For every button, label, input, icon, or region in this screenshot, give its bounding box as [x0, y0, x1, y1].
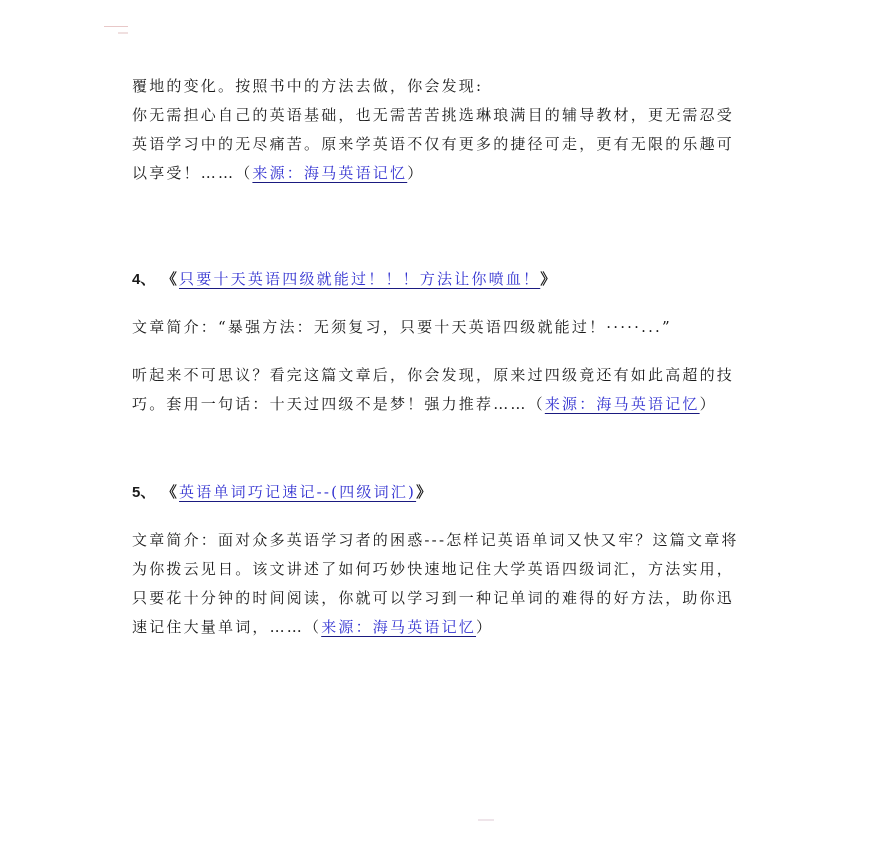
article-4-number: 4、 — [132, 271, 155, 288]
intro-source-link[interactable]: 来源：海马英语记忆 — [252, 164, 407, 182]
article-4-source-link[interactable]: 来源：海马英语记忆 — [545, 395, 700, 413]
header-decoration-2 — [118, 32, 128, 34]
article-5-open-quote: 《 — [169, 483, 179, 501]
article-4-body: 听起来不可思议？看完这篇文章后，你会发现，原来过四级竟还有如此高超的技巧。套用一… — [132, 361, 744, 419]
article-4-close: ） — [700, 395, 717, 413]
article-5-source-link[interactable]: 来源：海马英语记忆 — [321, 618, 476, 636]
article-5-heading: 5、《英语单词巧记速记--(四级词汇)》 — [132, 478, 744, 507]
intro-line: 覆地的变化。按照书中的方法去做，你会发现: — [132, 72, 744, 101]
intro-text: 你无需担心自己的英语基础，也无需苦苦挑选琳琅满目的辅导教材，更无需忍受英语学习中… — [132, 106, 734, 182]
document-content: 覆地的变化。按照书中的方法去做，你会发现: 你无需担心自己的英语基础，也无需苦苦… — [132, 72, 744, 642]
article-5-summary: 文章简介：面对众多英语学习者的困惑---怎样记英语单词又快又牢？这篇文章将为你拨… — [132, 526, 744, 642]
article-5-close: ） — [476, 618, 493, 636]
intro-paragraph: 你无需担心自己的英语基础，也无需苦苦挑选琳琅满目的辅导教材，更无需忍受英语学习中… — [132, 101, 744, 188]
header-decoration — [104, 26, 128, 27]
article-4-close-quote: 》 — [540, 270, 557, 288]
document-page: 覆地的变化。按照书中的方法去做，你会发现: 你无需担心自己的英语基础，也无需苦苦… — [0, 0, 870, 842]
article-4-open-quote: 《 — [169, 270, 179, 288]
article-5-number: 5、 — [132, 484, 155, 501]
intro-close: ） — [407, 164, 424, 182]
article-4-title-link[interactable]: 只要十天英语四级就能过！！！方法让你喷血！ — [179, 270, 540, 288]
footer-decoration — [478, 819, 494, 821]
article-4-heading: 4、《只要十天英语四级就能过！！！方法让你喷血！》 — [132, 265, 744, 294]
article-5-title-link[interactable]: 英语单词巧记速记--(四级词汇) — [179, 483, 416, 501]
article-4-summary: 文章简介：“暴强方法：无须复习，只要十天英语四级就能过！·····...” — [132, 313, 722, 342]
article-5-close-quote: 》 — [416, 483, 433, 501]
